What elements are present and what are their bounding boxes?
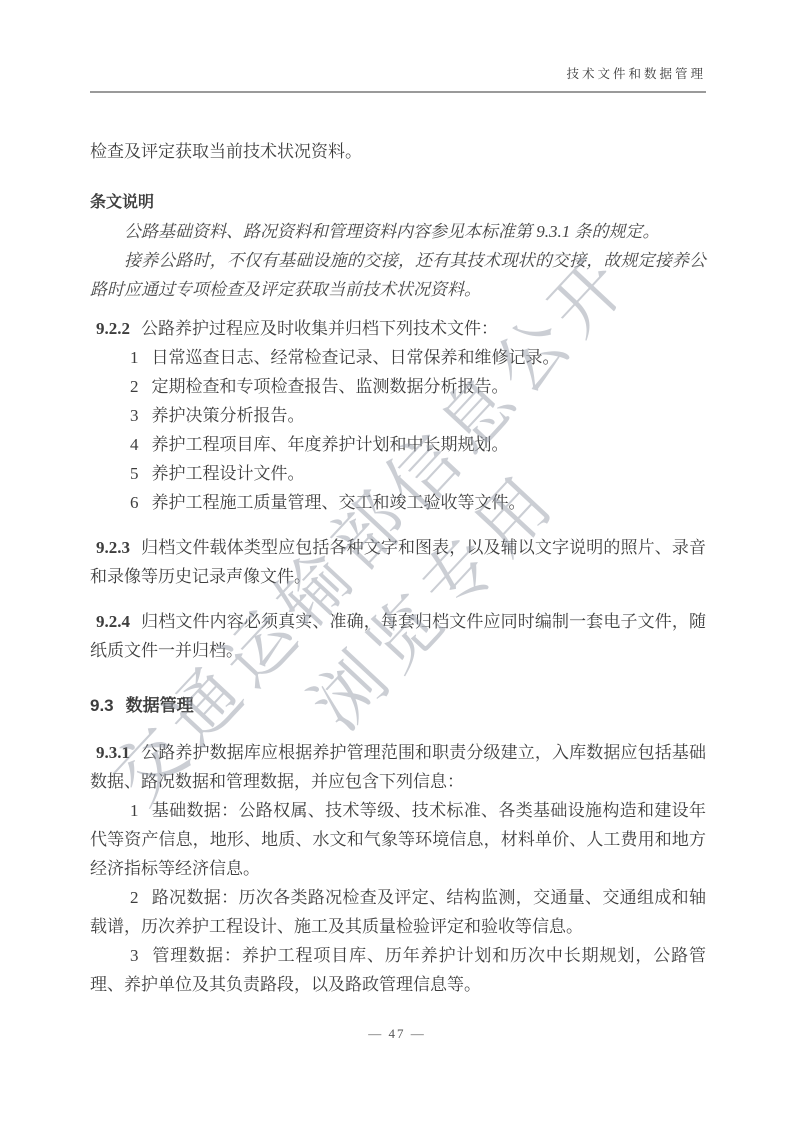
list-item: 5养护工程设计文件。	[90, 459, 706, 488]
section-heading-9-3: 9.3数据管理	[90, 691, 706, 720]
clause-9-2-2: 9.2.2公路养护过程应及时收集并归档下列技术文件：	[90, 314, 706, 343]
running-header-title: 技术文件和数据管理	[566, 67, 706, 81]
clause-text: 归档文件载体类型应包括各种文字和图表，以及辅以文字说明的照片、录音和录像等历史记…	[90, 538, 706, 586]
item-number: 1	[130, 348, 139, 367]
item-number: 2	[130, 377, 139, 396]
list-item: 6养护工程施工质量管理、交工和竣工验收等文件。	[90, 488, 706, 517]
clause-number: 9.2.3	[96, 538, 130, 557]
item-text: 养护工程施工质量管理、交工和竣工验收等文件。	[152, 493, 526, 512]
list-item: 1日常巡查日志、经常检查记录、日常保养和维修记录。	[90, 343, 706, 372]
clause-9-2-4: 9.2.4归档文件内容必须真实、准确，每套归档文件应同时编制一套电子文件，随纸质…	[90, 607, 706, 665]
item-text: 日常巡查日志、经常检查记录、日常保养和维修记录。	[152, 348, 560, 367]
item-text: 养护决策分析报告。	[152, 406, 305, 425]
page-number: — 47 —	[0, 1026, 794, 1042]
clause-number: 9.3.1	[96, 743, 130, 762]
section-number: 9.3	[90, 696, 114, 715]
item-number: 5	[130, 464, 139, 483]
list-item: 3管理数据：养护工程项目库、历年养护计划和历次中长期规划，公路管理、养护单位及其…	[90, 941, 706, 999]
list-item: 4养护工程项目库、年度养护计划和中长期规划。	[90, 430, 706, 459]
item-text: 管理数据：养护工程项目库、历年养护计划和历次中长期规划，公路管理、养护单位及其负…	[90, 946, 706, 994]
list-item: 2路况数据：历次各类路况检查及评定、结构监测，交通量、交通组成和轴载谱，历次养护…	[90, 883, 706, 941]
notes-paragraph-2: 接养公路时，不仅有基础设施的交接，还有其技术现状的交接，故规定接养公路时应通过专…	[90, 246, 706, 304]
page-body: 检查及评定获取当前技术状况资料。 条文说明 公路基础资料、路况资料和管理资料内容…	[90, 137, 706, 999]
notes-heading: 条文说明	[90, 188, 706, 217]
item-number: 6	[130, 493, 139, 512]
item-text: 养护工程项目库、年度养护计划和中长期规划。	[152, 435, 509, 454]
item-text: 养护工程设计文件。	[152, 464, 305, 483]
document-page: 技术文件和数据管理 检查及评定获取当前技术状况资料。 条文说明 公路基础资料、路…	[0, 0, 794, 1122]
item-number: 1	[130, 801, 139, 820]
item-number: 3	[130, 946, 139, 965]
clause-text: 公路养护数据库应根据养护管理范围和职责分级建立，入库数据应包括基础数据、路况数据…	[90, 743, 706, 791]
clause-number: 9.2.4	[96, 612, 130, 631]
page-number-text: — 47 —	[368, 1026, 426, 1041]
clause-9-3-1: 9.3.1公路养护数据库应根据养护管理范围和职责分级建立，入库数据应包括基础数据…	[90, 738, 706, 796]
item-text: 路况数据：历次各类路况检查及评定、结构监测，交通量、交通组成和轴载谱，历次养护工…	[90, 888, 706, 936]
clause-9-2-3: 9.2.3归档文件载体类型应包括各种文字和图表，以及辅以文字说明的照片、录音和录…	[90, 533, 706, 591]
section-title: 数据管理	[126, 696, 194, 715]
list-item: 1基础数据：公路权属、技术等级、技术标准、各类基础设施构造和建设年代等资产信息，…	[90, 796, 706, 883]
clause-number: 9.2.2	[96, 319, 130, 338]
item-text: 定期检查和专项检查报告、监测数据分析报告。	[152, 377, 509, 396]
item-number: 3	[130, 406, 139, 425]
item-number: 2	[130, 888, 139, 907]
clause-text: 归档文件内容必须真实、准确，每套归档文件应同时编制一套电子文件，随纸质文件一并归…	[90, 612, 706, 660]
notes-paragraph-1: 公路基础资料、路况资料和管理资料内容参见本标准第 9.3.1 条的规定。	[90, 217, 706, 246]
clause-text: 公路养护过程应及时收集并归档下列技术文件：	[141, 319, 498, 338]
item-text: 基础数据：公路权属、技术等级、技术标准、各类基础设施构造和建设年代等资产信息，地…	[90, 801, 706, 878]
running-header: 技术文件和数据管理	[90, 64, 706, 93]
item-number: 4	[130, 435, 139, 454]
paragraph-continuation: 检查及评定获取当前技术状况资料。	[90, 137, 706, 166]
list-item: 2定期检查和专项检查报告、监测数据分析报告。	[90, 372, 706, 401]
list-item: 3养护决策分析报告。	[90, 401, 706, 430]
